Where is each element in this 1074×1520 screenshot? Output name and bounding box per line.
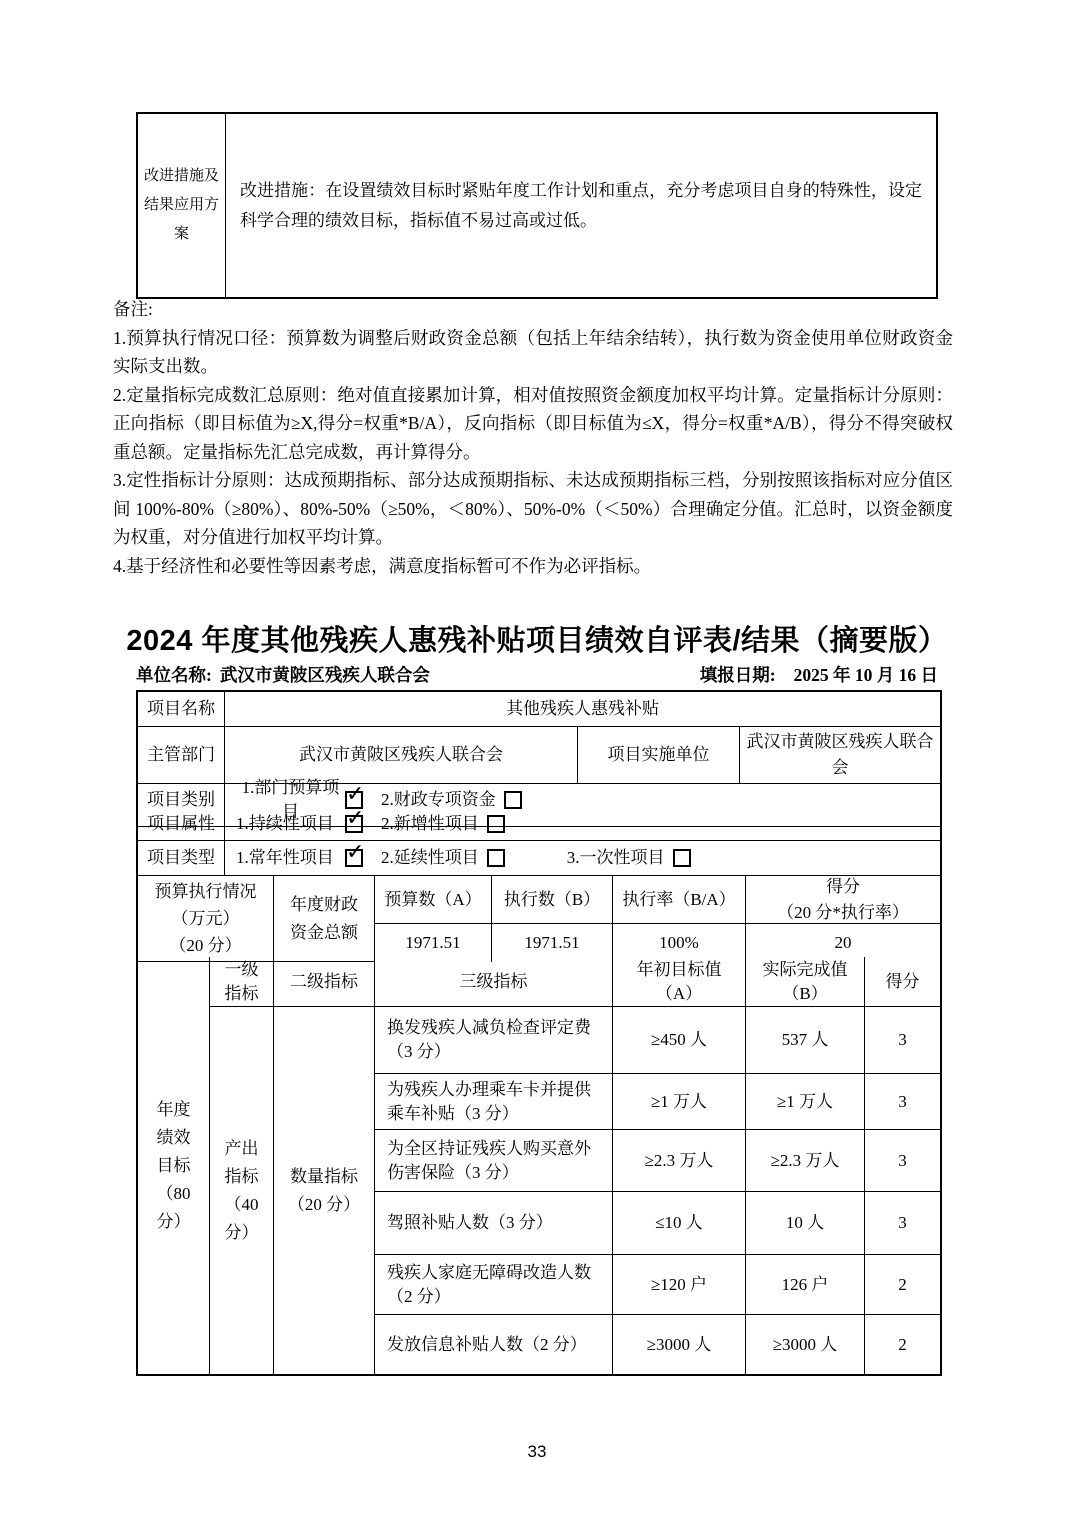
budget-header-a: 预算数（A）: [375, 876, 492, 924]
budget-total-label: 年度财政 资金总额: [274, 876, 375, 962]
table-row: 主管部门 武汉市黄陂区残疾人联合会 项目实施单位 武汉市黄陂区残疾人联合会: [138, 727, 940, 774]
indicator-score: 2: [865, 1255, 940, 1315]
carryover-row-content: 改进措施：在设置绩效目标时紧贴年度工作计划和重点，充分考虑项目自身的特殊性，设定…: [226, 114, 936, 297]
indicator-actual: 537 人: [746, 1007, 865, 1074]
indicator-actual: 10 人: [746, 1192, 865, 1255]
type-option-1-label: 1.常年性项目: [236, 846, 334, 870]
header-actual: 实际完成值 （B）: [746, 957, 865, 1007]
type-option-2-label: 2.延续性项目: [381, 846, 479, 870]
type-options: 1.常年性项目 2.延续性项目 3.一次性项目: [225, 841, 940, 876]
checkbox-icon: [345, 815, 363, 833]
indicator-section: 年度 绩效 目标 （80 分） 一级 指标 二级指标 三级指标 年初目标值 （A…: [138, 957, 940, 1374]
indicator-target: ≥2.3 万人: [613, 1130, 746, 1192]
note-item-1: 1.预算执行情况口径：预算数为调整后财政资金总额（包括上年结余结转），执行数为资…: [113, 324, 953, 381]
note-item-4: 4.基于经济性和必要性等因素考虑，满意度指标暂可不作为必评指标。: [113, 552, 953, 581]
self-evaluation-table: 项目名称 其他残疾人惠残补贴 主管部门 武汉市黄陂区残疾人联合会 项目实施单位 …: [136, 690, 942, 1376]
indicator-target: ≥450 人: [613, 1007, 746, 1074]
indicator-actual: 126 户: [746, 1255, 865, 1315]
indicator-target: ≥3000 人: [613, 1315, 746, 1374]
checkbox-icon: [673, 849, 691, 867]
attribute-option-1-label: 1.持续性项目: [236, 812, 334, 836]
annual-goal-label: 年度 绩效 目标 （80 分）: [138, 957, 210, 1374]
budget-header-rate: 执行率（B/A）: [613, 876, 746, 924]
budget-row-label: 预算执行情况 （万元） （20 分）: [138, 876, 274, 962]
indicator-score: 3: [865, 1074, 940, 1130]
header-level2: 二级指标: [274, 957, 375, 1007]
checkbox-icon: [487, 849, 505, 867]
budget-header-score: 得分 （20 分*执行率）: [746, 876, 940, 924]
fill-date-value: 2025 年 10 月 16 日: [794, 662, 938, 687]
checkbox-icon: [504, 791, 522, 809]
project-name-label: 项目名称: [138, 692, 225, 727]
budget-subgrid: 预算数（A） 执行数（B） 执行率（B/A） 得分 （20 分*执行率） 197…: [375, 876, 940, 962]
indicator-name: 驾照补贴人数（3 分）: [375, 1192, 613, 1255]
indicator-actual: ≥1 万人: [746, 1074, 865, 1130]
page-number: 33: [0, 1442, 1074, 1462]
indicator-score: 3: [865, 1130, 940, 1192]
table-row: 项目类型 1.常年性项目 2.延续性项目 3.一次性项目: [138, 841, 940, 876]
header-level3: 三级指标: [375, 957, 613, 1007]
indicator-name: 换发残疾人减负检查评定费（3 分）: [375, 1007, 613, 1074]
attribute-label: 项目属性: [138, 807, 225, 841]
header-target: 年初目标值 （A）: [613, 957, 746, 1007]
unit-name-value: 武汉市黄陂区残疾人联合会: [220, 662, 430, 687]
quantity-indicator-label: 数量指标 （20 分）: [274, 1007, 375, 1374]
unit-name-label: 单位名称:: [136, 662, 212, 687]
indicator-target: ≥120 户: [613, 1255, 746, 1315]
type-option-3-label: 3.一次性项目: [567, 846, 665, 870]
indicator-target: ≤10 人: [613, 1192, 746, 1255]
info-line: 单位名称: 武汉市黄陂区残疾人联合会 填报日期: 2025 年 10 月 16 …: [136, 662, 938, 687]
fill-date-label: 填报日期:: [700, 662, 776, 687]
indicator-actual: ≥2.3 万人: [746, 1130, 865, 1192]
carryover-row-label: 改进措施及 结果应用方案: [138, 114, 226, 297]
budget-row: 预算执行情况 （万元） （20 分） 年度财政 资金总额 预算数（A） 执行数（…: [138, 876, 940, 957]
table-row: 项目名称 其他残疾人惠残补贴: [138, 692, 940, 727]
attribute-option-2-label: 2.新增性项目: [381, 812, 479, 836]
indicator-score: 2: [865, 1315, 940, 1374]
note-item-2: 2.定量指标完成数汇总原则：绝对值直接累加计算，相对值按照资金额度加权平均计算。…: [113, 381, 953, 467]
indicator-score: 3: [865, 1007, 940, 1074]
indicator-name: 为全区持证残疾人购买意外伤害保险（3 分）: [375, 1130, 613, 1192]
note-item-3: 3.定性指标计分原则：达成预期指标、部分达成预期指标、未达成预期指标三档，分别按…: [113, 466, 953, 552]
indicator-name: 为残疾人办理乘车卡并提供乘车补贴（3 分）: [375, 1074, 613, 1130]
attribute-options: 1.持续性项目 2.新增性项目: [225, 807, 940, 841]
notes-section: 备注: 1.预算执行情况口径：预算数为调整后财政资金总额（包括上年结余结转），执…: [113, 295, 953, 580]
header-level1: 一级 指标: [210, 957, 274, 1007]
indicator-target: ≥1 万人: [613, 1074, 746, 1130]
table-row: 项目属性 1.持续性项目 2.新增性项目: [138, 807, 940, 841]
page-title: 2024 年度其他残疾人惠残补贴项目绩效自评表/结果（摘要版）: [116, 618, 958, 659]
checkbox-icon: [345, 849, 363, 867]
indicator-score: 3: [865, 1192, 940, 1255]
output-indicator-label: 产出 指标 （40 分）: [210, 1007, 274, 1374]
table-row: 项目类别 1.部门预算项目 2.财政专项资金: [138, 774, 940, 807]
carryover-table: 改进措施及 结果应用方案 改进措施：在设置绩效目标时紧贴年度工作计划和重点，充分…: [136, 112, 938, 299]
notes-heading: 备注:: [113, 295, 953, 324]
indicator-name: 残疾人家庭无障碍改造人数（2 分）: [375, 1255, 613, 1315]
type-label: 项目类型: [138, 841, 225, 876]
header-score: 得分: [865, 957, 940, 1007]
project-name-value: 其他残疾人惠残补贴: [225, 692, 940, 727]
budget-header-b: 执行数（B）: [492, 876, 613, 924]
indicator-actual: ≥3000 人: [746, 1315, 865, 1374]
checkbox-icon: [487, 815, 505, 833]
indicator-name: 发放信息补贴人数（2 分）: [375, 1315, 613, 1374]
document-page: 改进措施及 结果应用方案 改进措施：在设置绩效目标时紧贴年度工作计划和重点，充分…: [0, 0, 1074, 1520]
